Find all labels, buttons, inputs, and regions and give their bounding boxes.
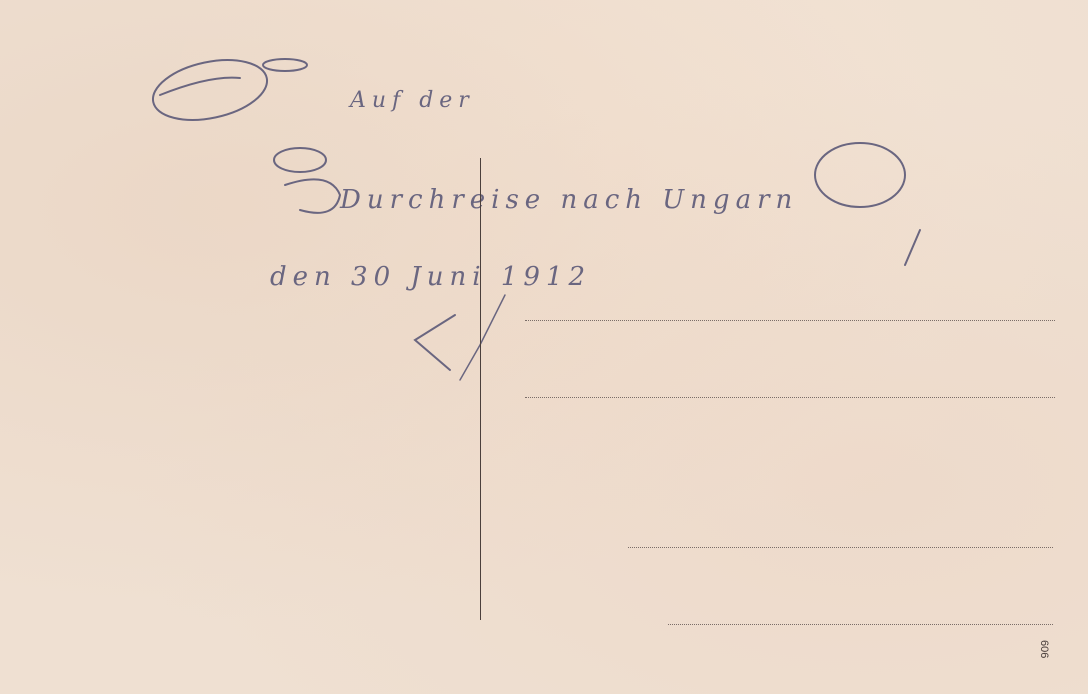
publisher-number: 606: [1038, 640, 1050, 658]
handwriting-line-1: Auf der: [350, 88, 475, 113]
address-line-1: [525, 320, 1055, 321]
handwriting-line-3: den 30 Juni 1912: [270, 262, 591, 292]
handwriting-line-2: Durchreise nach Ungarn: [340, 185, 798, 215]
address-line-3: [628, 547, 1053, 548]
postcard-back: Auf der Durchreise nach Ungarn den 30 Ju…: [0, 0, 1088, 694]
center-divider: [480, 158, 481, 620]
address-line-4: [668, 624, 1053, 625]
handwriting-flourishes: [0, 0, 1088, 694]
address-line-2: [525, 397, 1055, 398]
